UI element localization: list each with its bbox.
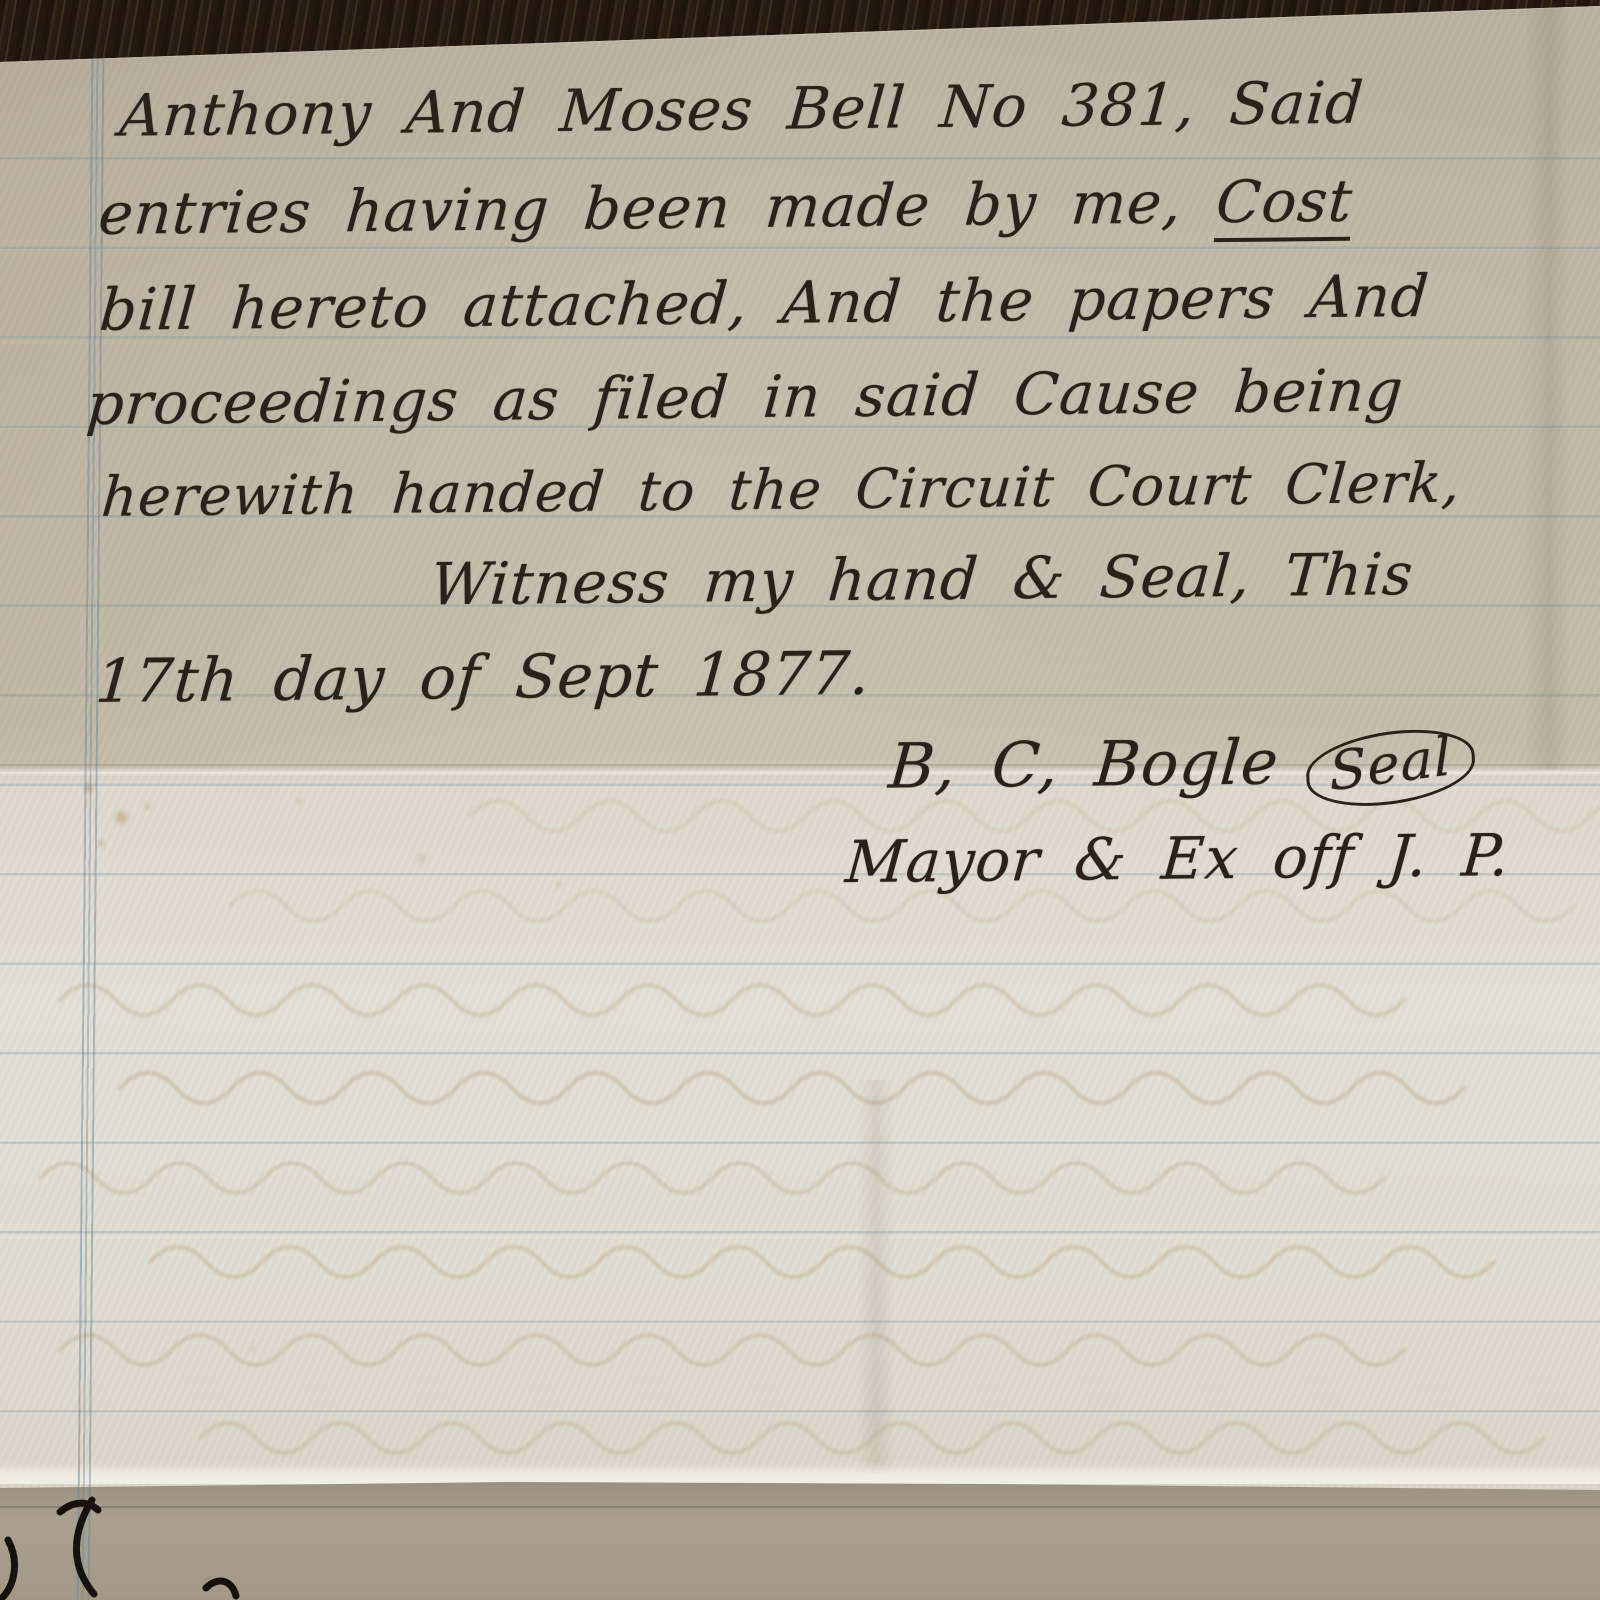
- signature-name: B, C, Bogle: [886, 725, 1281, 802]
- date-line: 17th day of Sept 1877.: [93, 641, 873, 715]
- photo-of-letter: Anthony And Moses Bell No 381, Said entr…: [0, 0, 1600, 1600]
- handwritten-text: Anthony And Moses Bell No 381, Said entr…: [0, 0, 1600, 1600]
- letter-line-2: entries having been made by me, Cost: [96, 170, 1355, 247]
- seal-mark: Seal: [1304, 720, 1476, 815]
- letter-line-4: proceedings as filed in said Cause being: [84, 359, 1405, 437]
- letter-line-1: Anthony And Moses Bell No 381, Said: [117, 72, 1366, 149]
- letter-paper: Anthony And Moses Bell No 381, Said entr…: [0, 0, 1600, 1600]
- letter-line-3: bill hereto attached, And the papers And: [97, 265, 1431, 343]
- foxing-stains: [0, 0, 1, 1]
- signature-line: B, C, BogleSeal: [886, 726, 1478, 810]
- witness-line: Witness my hand & Seal, This: [428, 543, 1415, 617]
- underlined-word-cost: Cost: [1213, 167, 1355, 242]
- office-title-line: Mayor & Ex off J. P.: [843, 824, 1512, 895]
- letter-line-2-text: entries having been made by me,: [96, 168, 1219, 248]
- letter-line-5: herewith handed to the Circuit Court Cle…: [100, 453, 1464, 528]
